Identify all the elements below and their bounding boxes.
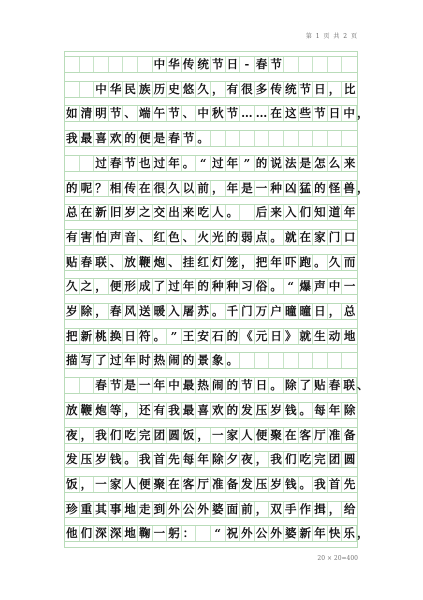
grid-cell: 的 — [313, 181, 328, 196]
grid-cell: 我 — [94, 428, 109, 443]
text-row: 把新桃换日符。”王安石的《元日》就生动地 — [65, 328, 357, 345]
grid-cell: 的 — [226, 378, 241, 393]
grid-cell: 旧 — [109, 205, 124, 220]
grid-cell: 的 — [123, 131, 138, 146]
grid-cell: 准 — [211, 477, 226, 492]
grid-cell — [80, 82, 95, 97]
grid-cell: 准 — [328, 428, 343, 443]
grid-cell — [299, 57, 314, 72]
grid-cell: 灯 — [211, 255, 226, 270]
grid-cell: 之 — [138, 205, 153, 220]
grid-cell: 重 — [80, 502, 95, 517]
grid-cell: 欢 — [211, 403, 226, 418]
grid-cell: 放 — [65, 403, 80, 418]
grid-cell: … — [240, 106, 255, 121]
grid-cell: 很 — [240, 82, 255, 97]
grid-cell: 人 — [211, 205, 226, 220]
grid-cell: 来 — [269, 205, 284, 220]
grid-cell: 送 — [138, 304, 153, 319]
grid-cell: 点 — [255, 230, 270, 245]
grid-cell: 曈 — [284, 304, 299, 319]
grid-cell: 传 — [182, 57, 197, 72]
grid-cell: 中 — [342, 106, 357, 121]
grid-cell: 闹 — [211, 378, 226, 393]
grid-cell: 统 — [284, 82, 299, 97]
grid-cell: 完 — [313, 452, 328, 467]
grid-cell: 饭 — [182, 428, 197, 443]
grid-cell — [328, 131, 343, 146]
grid-cell: 弱 — [240, 230, 255, 245]
grid-cell: 贴 — [313, 378, 328, 393]
text-row: 过春节也过年。“过年”的说法是怎么来 — [65, 155, 357, 172]
grid-cell: 的 — [226, 329, 241, 344]
grid-cell: 饭 — [65, 477, 80, 492]
grid-cell: 最 — [182, 378, 197, 393]
grid-cell: 联 — [342, 378, 357, 393]
grid-cell: 传 — [123, 181, 138, 196]
grid-cell: ” — [240, 156, 255, 171]
grid-cell: 深 — [109, 526, 124, 541]
grid-cell: 桃 — [94, 329, 109, 344]
grid-cell: 很 — [153, 181, 168, 196]
grid-cell: ， — [211, 181, 226, 196]
grid-cell: 门 — [240, 304, 255, 319]
grid-cell: 声 — [109, 230, 124, 245]
grid-cell: ， — [328, 82, 343, 97]
grid-cell: 节 — [211, 57, 226, 72]
grid-cell: 中 — [328, 279, 343, 294]
grid-cell: 鞭 — [80, 403, 95, 418]
grid-cell: 多 — [255, 82, 270, 97]
text-row: 他们深深地鞠一躬：“祝外公外婆新年快乐， — [65, 525, 357, 542]
grid-cell: 发 — [240, 403, 255, 418]
grid-cell: 家 — [313, 230, 328, 245]
grid-cell: 年 — [269, 255, 284, 270]
grid-cell: 是 — [299, 156, 314, 171]
grid-cell: 在 — [284, 428, 299, 443]
grid-cell: 钱 — [109, 452, 124, 467]
grid-cell: 圆 — [167, 428, 182, 443]
grid-cell: 如 — [65, 106, 80, 121]
grid-cell: 到 — [153, 502, 168, 517]
grid-cell: 春 — [94, 378, 109, 393]
grid-cell: 王 — [182, 329, 197, 344]
text-row: 如清明节、端午节、中秋节……在这些节日中， — [65, 105, 357, 122]
grid-cell: 总 — [65, 205, 80, 220]
grid-cell: ， — [80, 477, 95, 492]
grid-cell: 华 — [167, 57, 182, 72]
grid-cell: 聚 — [269, 428, 284, 443]
grid-cell: 地 — [123, 502, 138, 517]
grid-cell: 曈 — [299, 304, 314, 319]
grid-cell: 。 — [153, 329, 168, 344]
grid-cell: ， — [328, 502, 343, 517]
grid-cell: 苏 — [196, 304, 211, 319]
grid-cell — [123, 57, 138, 72]
hanging-punctuation: ， — [357, 181, 367, 196]
grid-cell: 是 — [240, 181, 255, 196]
text-row: 中华民族历史悠久，有很多传统节日，比 — [65, 81, 357, 98]
grid-cell: 久 — [328, 255, 343, 270]
grid-cell: 过 — [153, 156, 168, 171]
grid-cell: 中 — [196, 106, 211, 121]
grid-cell: 了 — [153, 279, 168, 294]
grid-cell: 挂 — [182, 255, 197, 270]
grid-cell: 年 — [182, 279, 197, 294]
grid-cell: 出 — [167, 205, 182, 220]
grid-cell: 给 — [342, 502, 357, 517]
grid-cell: 春 — [255, 57, 270, 72]
grid-cell: 传 — [269, 82, 284, 97]
text-row: 总在新旧岁之交出来吃人。后来入们知道年 — [65, 204, 357, 221]
grid-cell: 就 — [284, 230, 299, 245]
grid-cell — [80, 57, 95, 72]
grid-cell: 午 — [153, 106, 168, 121]
grid-cell: 种 — [226, 279, 241, 294]
grid-cell — [211, 131, 226, 146]
grid-cell: 屠 — [182, 304, 197, 319]
grid-cell: 怕 — [94, 230, 109, 245]
grid-cell: 岁 — [269, 403, 284, 418]
grid-cell — [65, 156, 80, 171]
grid-cell: 夜 — [65, 428, 80, 443]
grid-cell: 聚 — [153, 477, 168, 492]
grid-cell: 符 — [138, 329, 153, 344]
grid-cell: 我 — [138, 452, 153, 467]
grid-cell: ， — [196, 428, 211, 443]
grid-cell: 色 — [167, 230, 182, 245]
grid-cell: 日 — [328, 106, 343, 121]
grid-cell: 的 — [182, 353, 197, 368]
grid-cell: 说 — [269, 156, 284, 171]
grid-cell: 躬 — [167, 526, 182, 541]
grid-cell: 。 — [196, 131, 211, 146]
hanging-punctuation: ， — [357, 526, 367, 541]
grid-cell: 春 — [328, 378, 343, 393]
grid-cell: 每 — [182, 452, 197, 467]
grid-cell: 日 — [226, 57, 241, 72]
grid-cell: 家 — [226, 428, 241, 443]
grid-cell: 节 — [313, 106, 328, 121]
grid-cell: 习 — [240, 279, 255, 294]
grid-cell: 每 — [313, 403, 328, 418]
grid-cell: 安 — [196, 329, 211, 344]
grid-cell: 压 — [255, 403, 270, 418]
grid-cell: 人 — [123, 477, 138, 492]
grid-cell — [80, 156, 95, 171]
grid-cell — [255, 353, 270, 368]
grid-cell: 乐 — [342, 526, 357, 541]
grid-cell — [269, 131, 284, 146]
grid-cell: 节 — [182, 131, 197, 146]
grid-cell: 。 — [299, 477, 314, 492]
grid-cell: 吃 — [299, 452, 314, 467]
grid-cell: 过 — [211, 156, 226, 171]
grid-cell: “ — [211, 526, 226, 541]
grid-cell: 走 — [138, 502, 153, 517]
grid-cell: 地 — [342, 329, 357, 344]
grid-cell: 石 — [211, 329, 226, 344]
grid-cell: 来 — [342, 156, 357, 171]
text-row: 夜，我们吃完团圆饭，一家人便聚在客厅准备 — [65, 427, 357, 444]
grid-cell — [196, 526, 211, 541]
grid-cell: 便 — [138, 131, 153, 146]
grid-cell — [284, 131, 299, 146]
grid-cell: 凶 — [284, 181, 299, 196]
grid-cell — [342, 353, 357, 368]
grid-cell: 暖 — [153, 304, 168, 319]
grid-cell — [65, 82, 80, 97]
grid-cell: 兽 — [342, 181, 357, 196]
grid-cell: 之 — [80, 279, 95, 294]
grid-cell: ， — [94, 279, 109, 294]
grid-cell — [284, 57, 299, 72]
text-row: 贴春联、放鞭炮、挂红灯笼，把年吓跑。久而 — [65, 254, 357, 271]
grid-cell: 炮 — [94, 403, 109, 418]
grid-cell: 婆 — [284, 526, 299, 541]
grid-cell: 把 — [255, 255, 270, 270]
grid-cell: 、 — [182, 106, 197, 121]
grid-cell: 以 — [182, 181, 197, 196]
grid-cell: 公 — [182, 502, 197, 517]
grid-cell: 害 — [80, 230, 95, 245]
grid-cell: 久 — [65, 279, 80, 294]
text-row: 放鞭炮等，还有我最喜欢的发压岁钱。每年除 — [65, 402, 357, 419]
grid-cell: 压 — [255, 477, 270, 492]
grid-cell: 有 — [153, 403, 168, 418]
grid-cell: 声 — [313, 279, 328, 294]
grid-cell: 端 — [138, 106, 153, 121]
grid-cell: 在 — [80, 205, 95, 220]
grid-cell: 最 — [182, 403, 197, 418]
grid-cell — [138, 57, 153, 72]
grid-cell: 入 — [284, 205, 299, 220]
text-row: 春节是一年中最热闹的节日。除了贴春联、 — [65, 377, 357, 394]
grid-cell: 岁 — [269, 477, 284, 492]
grid-cell: 时 — [138, 353, 153, 368]
grid-cell: 节 — [109, 106, 124, 121]
grid-size-label: 20 × 20=400 — [290, 555, 358, 562]
grid-cell — [342, 57, 357, 72]
grid-cell: 吓 — [284, 255, 299, 270]
grid-cell: 清 — [80, 106, 95, 121]
grid-cell: 人 — [240, 428, 255, 443]
grid-cell: 团 — [153, 428, 168, 443]
grid-cell: ， — [94, 304, 109, 319]
grid-cell: 婆 — [211, 502, 226, 517]
grid-cell: 。 — [226, 205, 241, 220]
grid-cell: 、 — [123, 106, 138, 121]
text-row: 久之，便形成了过年的种种习俗。“爆声中一 — [65, 278, 357, 295]
grid-cell: 门 — [328, 230, 343, 245]
grid-cell: 万 — [255, 304, 270, 319]
grid-cell: 笼 — [226, 255, 241, 270]
grid-cell: 节 — [167, 106, 182, 121]
grid-cell — [299, 353, 314, 368]
grid-cell: 口 — [342, 230, 357, 245]
grid-cell: 后 — [255, 205, 270, 220]
grid-cell — [240, 353, 255, 368]
grid-cell: 种 — [211, 279, 226, 294]
grid-cell: 钱 — [284, 477, 299, 492]
grid-cell: 把 — [65, 329, 80, 344]
grid-cell: 统 — [196, 57, 211, 72]
grid-cell: 新 — [299, 526, 314, 541]
text-row: 的呢？相传在很久以前，年是一种凶猛的怪兽， — [65, 180, 357, 197]
grid-cell: “ — [284, 279, 299, 294]
grid-cell: 岁 — [123, 205, 138, 220]
grid-cell: 年 — [153, 378, 168, 393]
grid-cell: ” — [167, 329, 182, 344]
grid-cell: 久 — [167, 181, 182, 196]
text-row: 发压岁钱。我首先每年除夕夜，我们吃完团圆 — [65, 451, 357, 468]
grid-cell: ， — [255, 502, 270, 517]
grid-cell: 其 — [94, 502, 109, 517]
grid-cell: 中 — [94, 82, 109, 97]
grid-cell: 一 — [138, 378, 153, 393]
grid-cell: 在 — [167, 477, 182, 492]
grid-cell: 吃 — [123, 428, 138, 443]
grid-cell: 相 — [109, 181, 124, 196]
grid-cell: 。 — [313, 255, 328, 270]
grid-cell — [313, 131, 328, 146]
grid-cell: 手 — [284, 502, 299, 517]
grid-cell: 新 — [80, 329, 95, 344]
grid-cell: 节 — [299, 82, 314, 97]
grid-cell: 我 — [65, 131, 80, 146]
grid-cell: 中 — [167, 378, 182, 393]
grid-cell — [65, 57, 80, 72]
grid-cell: 。 — [269, 279, 284, 294]
grid-cell: 换 — [109, 329, 124, 344]
grid-cell: 贴 — [65, 255, 80, 270]
grid-cell: 除 — [80, 304, 95, 319]
grid-cell: 热 — [196, 378, 211, 393]
grid-cell: 们 — [299, 205, 314, 220]
grid-cell — [269, 353, 284, 368]
grid-cell: 节 — [226, 106, 241, 121]
grid-cell: 民 — [123, 82, 138, 97]
grid-cell: 春 — [167, 131, 182, 146]
grid-cell: 一 — [342, 279, 357, 294]
grid-cell: 岁 — [94, 452, 109, 467]
manuscript-grid: 中华传统节日-春节中华民族历史悠久，有很多传统节日，比如清明节、端午节、中秋节…… — [64, 51, 358, 548]
grid-cell: 史 — [167, 82, 182, 97]
grid-cell: 动 — [328, 329, 343, 344]
grid-cell: 怎 — [313, 156, 328, 171]
grid-cell: 种 — [269, 181, 284, 196]
grid-cell: 。 — [269, 230, 284, 245]
grid-cell: 了 — [94, 353, 109, 368]
grid-cell: 备 — [342, 428, 357, 443]
grid-cell: 们 — [80, 526, 95, 541]
grid-cell — [255, 131, 270, 146]
grid-cell: 们 — [109, 428, 124, 443]
grid-cell: 联 — [94, 255, 109, 270]
grid-cell: 年 — [167, 156, 182, 171]
grid-cell: 中 — [153, 57, 168, 72]
grid-cell: 、 — [167, 255, 182, 270]
grid-cell: 法 — [284, 156, 299, 171]
grid-cell — [80, 378, 95, 393]
grid-cell: 团 — [328, 452, 343, 467]
grid-cell: 们 — [284, 452, 299, 467]
grid-cell: 我 — [269, 452, 284, 467]
grid-cell: 日 — [313, 304, 328, 319]
grid-cell: 一 — [94, 477, 109, 492]
hanging-punctuation: 、 — [357, 378, 367, 393]
grid-cell: 圆 — [342, 452, 357, 467]
grid-cell: 他 — [65, 526, 80, 541]
grid-cell: 有 — [226, 82, 241, 97]
grid-cell: 公 — [255, 526, 270, 541]
grid-cell: 年 — [196, 452, 211, 467]
grid-cell — [240, 131, 255, 146]
grid-cell: 比 — [342, 82, 357, 97]
grid-cell: 放 — [123, 255, 138, 270]
grid-cell: 年 — [328, 403, 343, 418]
grid-cell: 节 — [240, 378, 255, 393]
grid-cell: 跑 — [299, 255, 314, 270]
grid-cell: 描 — [65, 353, 80, 368]
grid-cell: 闹 — [167, 353, 182, 368]
title-row: 中华传统节日-春节 — [65, 56, 357, 73]
grid-cell: 压 — [80, 452, 95, 467]
grid-cell: 《 — [240, 329, 255, 344]
grid-cell: 除 — [284, 378, 299, 393]
grid-cell: 年 — [342, 205, 357, 220]
grid-cell: 红 — [196, 255, 211, 270]
grid-cell: 。 — [182, 156, 197, 171]
grid-cell: 夕 — [226, 452, 241, 467]
grid-cell: 。 — [299, 403, 314, 418]
grid-cell: 也 — [138, 156, 153, 171]
grid-cell: 首 — [328, 477, 343, 492]
grid-cell: 是 — [153, 131, 168, 146]
grid-cell: 成 — [138, 279, 153, 294]
grid-cell: 而 — [342, 255, 357, 270]
grid-cell: 的 — [226, 230, 241, 245]
grid-cell: 欢 — [109, 131, 124, 146]
grid-cell: 厅 — [313, 428, 328, 443]
grid-cell: 前 — [240, 502, 255, 517]
grid-cell: 炮 — [153, 255, 168, 270]
grid-cell: 、 — [109, 255, 124, 270]
grid-cell — [328, 353, 343, 368]
grid-cell: 还 — [138, 403, 153, 418]
grid-cell: 作 — [299, 502, 314, 517]
grid-cell: 外 — [167, 502, 182, 517]
grid-cell: ， — [123, 403, 138, 418]
grid-cell: 、 — [182, 230, 197, 245]
grid-cell: 先 — [342, 477, 357, 492]
grid-cell: 家 — [109, 477, 124, 492]
grid-cell: 节 — [109, 378, 124, 393]
grid-cell — [94, 57, 109, 72]
grid-cell: 。 — [123, 452, 138, 467]
grid-cell — [65, 378, 80, 393]
grid-cell: 便 — [109, 279, 124, 294]
grid-cell — [109, 57, 124, 72]
grid-cell: 音 — [123, 230, 138, 245]
grid-cell: ： — [182, 526, 197, 541]
text-row: 有害怕声音、红色、火光的弱点。就在家门口 — [65, 229, 357, 246]
grid-cell: 景 — [196, 353, 211, 368]
grid-cell: 爆 — [299, 279, 314, 294]
grid-cell: 一 — [255, 181, 270, 196]
grid-cell: 生 — [313, 329, 328, 344]
grid-cell: 些 — [299, 106, 314, 121]
